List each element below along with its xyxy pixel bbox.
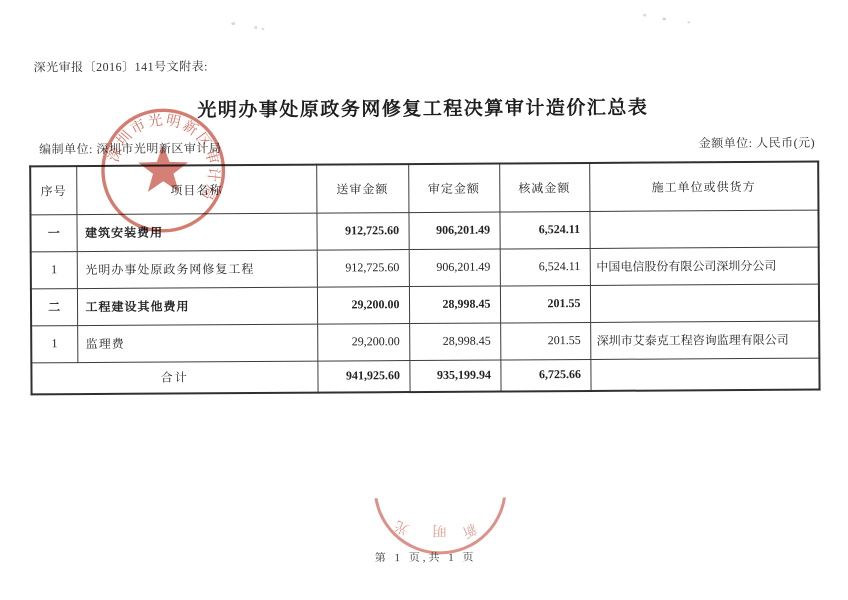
scan-speck: [643, 14, 646, 17]
table-total-row: 合计 941,925.60 935,199.94 6,725.66: [31, 358, 819, 395]
seal-char: 新: [460, 520, 480, 540]
cell-contractor: 中国电信股份有限公司深圳分公司: [590, 247, 819, 285]
scan-speck: [687, 21, 690, 23]
cell-approved: 28,998.45: [409, 286, 500, 324]
scanned-page: 深光审报〔2016〕141号文附表: 光明办事处原政务网修复工程决算审计造价汇总…: [0, 0, 848, 600]
page-title: 光明办事处原政务网修复工程决算审计造价汇总表: [0, 91, 847, 123]
cell-serial: 1: [31, 251, 77, 288]
cell-serial: 1: [31, 325, 77, 362]
header-serial-no: 序号: [30, 166, 76, 214]
cell-approved: 28,998.45: [409, 323, 500, 361]
cell-project-name: 工程建设其他费用: [77, 287, 317, 325]
table-row: 1 光明办事处原政务网修复工程 912,725.60 906,201.49 6,…: [31, 247, 819, 289]
currency-unit-label: 金额单位: 人民币(元): [699, 134, 815, 152]
prepared-by-label: 编制单位: 深圳市光明新区审计局: [39, 139, 221, 157]
document-reference: 深光审报〔2016〕141号文附表:: [34, 57, 208, 75]
cell-reduced: 6,524.11: [500, 248, 590, 286]
cell-contractor: 深圳市艾泰克工程咨询监理有限公司: [590, 321, 819, 359]
header-submitted-amount: 送审金额: [316, 164, 408, 213]
scan-speck: [261, 28, 264, 30]
table-row: 1 监理费 29,200.00 28,998.45 201.55 深圳市艾泰克工…: [31, 321, 819, 363]
audit-summary-table: 序号 项目名称 送审金额 审定金额 核减金额 施工单位或供货方 一 建筑安装费用…: [29, 161, 820, 396]
scan-speck: [662, 17, 666, 20]
scan-speck: [254, 26, 257, 29]
header-reduced-amount: 核减金额: [499, 163, 589, 212]
table-row: 一 建筑安装费用 912,725.60 906,201.49 6,524.11: [30, 210, 818, 252]
cell-project-name: 建筑安装费用: [76, 213, 316, 251]
cell-project-name: 光明办事处原政务网修复工程: [77, 250, 317, 288]
cell-submitted: 912,725.60: [317, 249, 409, 287]
cell-submitted: 29,200.00: [317, 323, 409, 361]
cell-contractor: [589, 210, 818, 248]
header-contractor: 施工单位或供货方: [589, 162, 818, 211]
table-header-row: 序号 项目名称 送审金额 审定金额 核减金额 施工单位或供货方: [30, 162, 818, 215]
seal-char: 明: [432, 522, 446, 538]
scan-speck: [231, 22, 235, 25]
cell-serial: 一: [30, 214, 76, 251]
cell-serial: 二: [31, 288, 77, 325]
header-project-name: 项目名称: [76, 165, 316, 214]
header-approved-amount: 审定金额: [408, 164, 499, 213]
cell-contractor: [590, 284, 819, 322]
cell-submitted: 29,200.00: [317, 286, 409, 324]
table-row: 二 工程建设其他费用 29,200.00 28,998.45 201.55: [31, 284, 819, 326]
cell-approved: 906,201.49: [408, 212, 499, 250]
cell-total-reduced: 6,725.66: [500, 359, 590, 392]
cell-reduced: 6,524.11: [499, 211, 589, 249]
cell-total-approved: 935,199.94: [409, 360, 500, 393]
cell-submitted: 912,725.60: [316, 212, 408, 250]
cell-total-label: 合计: [31, 361, 317, 395]
cell-reduced: 201.55: [500, 322, 590, 360]
page-number-footer: 第 1 页,共 1 页: [2, 546, 848, 567]
cell-total-submitted: 941,925.60: [317, 360, 409, 393]
seal-char: 光: [392, 517, 412, 538]
cell-approved: 906,201.49: [409, 249, 500, 287]
cell-reduced: 201.55: [500, 285, 590, 323]
cell-total-contractor: [590, 358, 819, 391]
cell-project-name: 监理费: [77, 324, 317, 362]
